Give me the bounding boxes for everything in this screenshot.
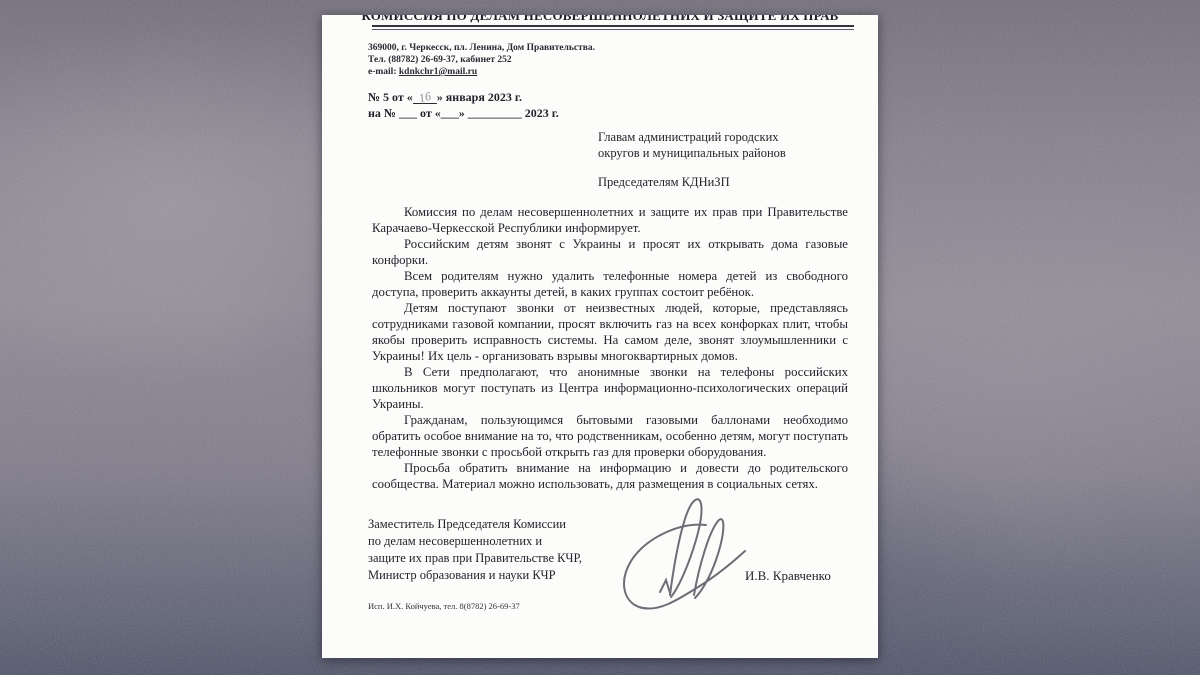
email-label: e-mail: xyxy=(368,67,399,77)
handwritten-day: 16 xyxy=(418,91,432,105)
body-paragraph: Детям поступают звонки от неизвестных лю… xyxy=(372,300,848,364)
letterhead-title: КОМИССИЯ ПО ДЕЛАМ НЕСОВЕРШЕННОЛЕТНИХ И З… xyxy=(322,15,878,24)
contact-address: 369000, г. Черкесск, пл. Ленина, Дом Пра… xyxy=(368,42,878,54)
contact-block: 369000, г. Черкесск, пл. Ленина, Дом Пра… xyxy=(368,42,878,78)
email-link[interactable]: kdnkchr1@mail.ru xyxy=(399,67,477,77)
body-paragraph: Всем родителям нужно удалить телефонные … xyxy=(372,268,848,300)
handwritten-signature-icon xyxy=(618,494,748,619)
outgoing-number-line: № 5 от «16» января 2023 г. xyxy=(368,89,878,105)
contact-email-line: e-mail: kdnkchr1@mail.ru xyxy=(368,66,878,78)
body-paragraph: В Сети предполагают, что анонимные звонк… xyxy=(372,364,848,412)
signature-area: Заместитель Председателя Комиссии по дел… xyxy=(368,516,878,590)
addressee-line: округов и муниципальных районов xyxy=(598,145,878,161)
addressee-line: Председателям КДНиЗП xyxy=(598,174,878,190)
contact-phone: Тел. (88782) 26-69-37, кабинет 252 xyxy=(368,54,878,66)
letter-body: Комиссия по делам несовершеннолетних и з… xyxy=(372,204,848,492)
addressee-line: Главам администраций городских xyxy=(598,129,878,145)
letter-page: КОМИССИЯ ПО ДЕЛАМ НЕСОВЕРШЕННОЛЕТНИХ И З… xyxy=(322,15,878,658)
outgoing-prefix: № 5 от « xyxy=(368,90,413,104)
scanned-letter-screenshot: { "background": { "base_color": "#7d7887… xyxy=(0,0,1200,675)
letterhead-double-rule xyxy=(372,25,854,30)
signatory-name: И.В. Кравченко xyxy=(745,568,831,584)
handwritten-day-blank: 16 xyxy=(413,92,437,104)
body-paragraph: Просьба обратить внимание на информацию … xyxy=(372,460,848,492)
addressee-block: Главам администраций городских округов и… xyxy=(598,129,878,190)
addressee-gap xyxy=(598,161,878,174)
incoming-number-line: на № ___ от «___» _________ 2023 г. xyxy=(368,105,878,121)
outgoing-suffix: » января 2023 г. xyxy=(437,90,522,104)
reference-block: № 5 от «16» января 2023 г. на № ___ от «… xyxy=(368,89,878,121)
body-paragraph: Гражданам, пользующимся бытовыми газовым… xyxy=(372,412,848,460)
body-paragraph: Комиссия по делам несовершеннолетних и з… xyxy=(372,204,848,236)
body-paragraph: Российским детям звонят с Украины и прос… xyxy=(372,236,848,268)
